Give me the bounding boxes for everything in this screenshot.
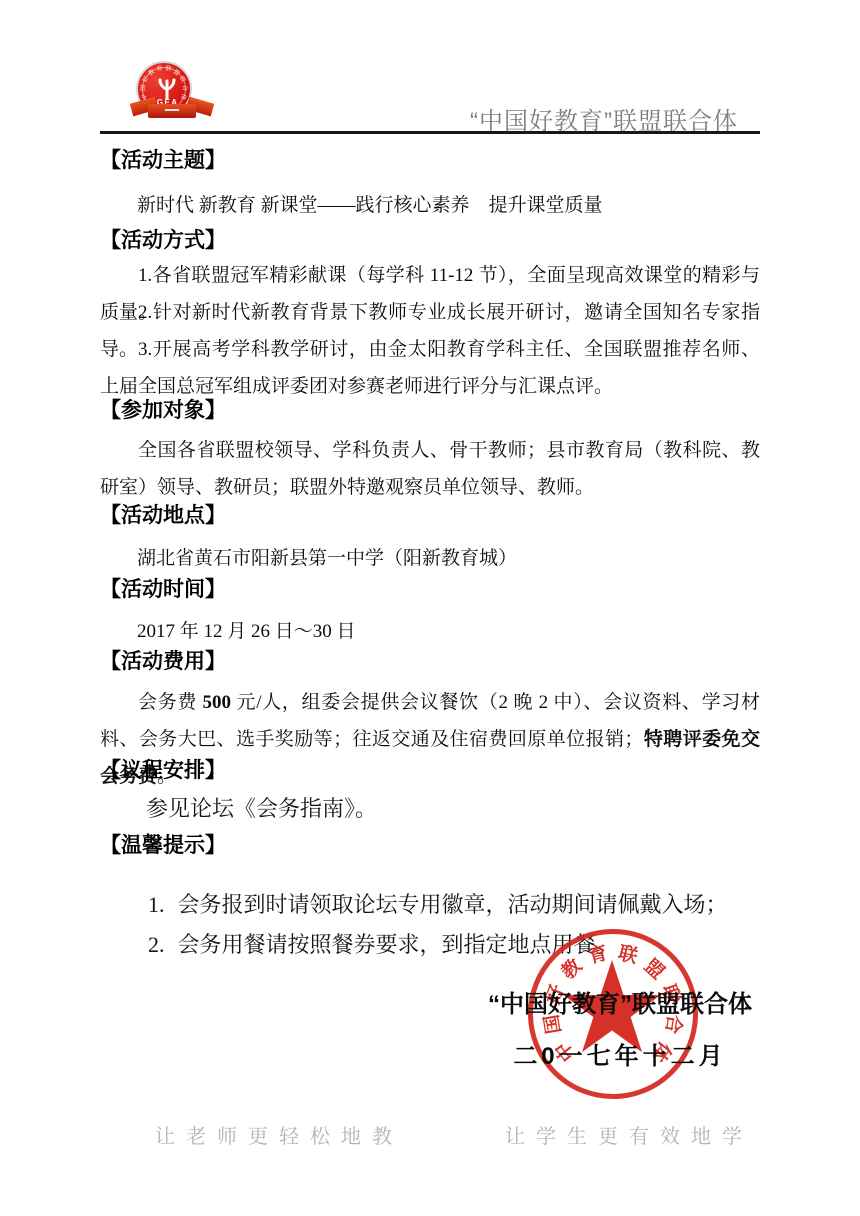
section-heading-method: 【活动方式】 — [100, 226, 226, 256]
signature-date: 二0一七年十二月 — [470, 1036, 770, 1071]
tip-1-text: 会务报到时请领取论坛专用徽章，活动期间请佩戴入场； — [178, 892, 728, 917]
tip-item-1: 1.会务报到时请领取论坛专用徽章，活动期间请佩戴入场； — [100, 890, 760, 920]
section-heading-agenda: 【议程安排】 — [100, 756, 226, 786]
fee-text: 会务费 — [138, 692, 203, 713]
person-icon — [155, 78, 179, 100]
time-body: 2017 年 12 月 26 日～30 日 — [100, 613, 797, 650]
signature-org: “中国好教育”联盟联合体 — [470, 984, 770, 1019]
section-heading-theme: 【活动主题】 — [100, 146, 226, 176]
ribbon-center-band — [148, 104, 196, 118]
theme-body: 新时代 新教育 新课堂——践行核心素养 提升课堂质量 — [100, 187, 797, 224]
section-heading-venue: 【活动地点】 — [100, 501, 226, 531]
footer-slogan-learn: 让学生更有效地学 — [505, 1120, 753, 1149]
fee-amount: 500 — [203, 692, 232, 713]
footer-slogan-teach: 让老师更轻松地教 — [155, 1120, 403, 1149]
section-heading-participants: 【参加对象】 — [100, 396, 226, 426]
tip-2-number: 2. — [148, 932, 165, 957]
section-heading-tips: 【温馨提示】 — [100, 831, 226, 861]
section-heading-time: 【活动时间】 — [100, 575, 226, 605]
signature-block: “中国好教育”联盟联合体 二0一七年十二月 — [470, 984, 770, 1071]
tip-1-number: 1. — [148, 892, 165, 917]
document-page: 中国好教育联盟联合体 CGEA “中国好教育”联盟联合体 【活动主题】 新时代 … — [0, 0, 860, 1216]
venue-body: 湖北省黄石市阳新县第一中学（阳新教育城） — [100, 540, 797, 577]
participants-body: 全国各省联盟校领导、学科负责人、骨干教师；县市教育局（教科院、教研室）领导、教研… — [100, 432, 760, 506]
agenda-body: 参见论坛《会务指南》。 — [100, 790, 806, 827]
method-item-3: 3.开展高考学科教学研讨，由金太阳教育学科主任、全国联盟推荐名师、上届全国总冠军… — [100, 331, 760, 405]
section-heading-fee: 【活动费用】 — [100, 647, 226, 677]
